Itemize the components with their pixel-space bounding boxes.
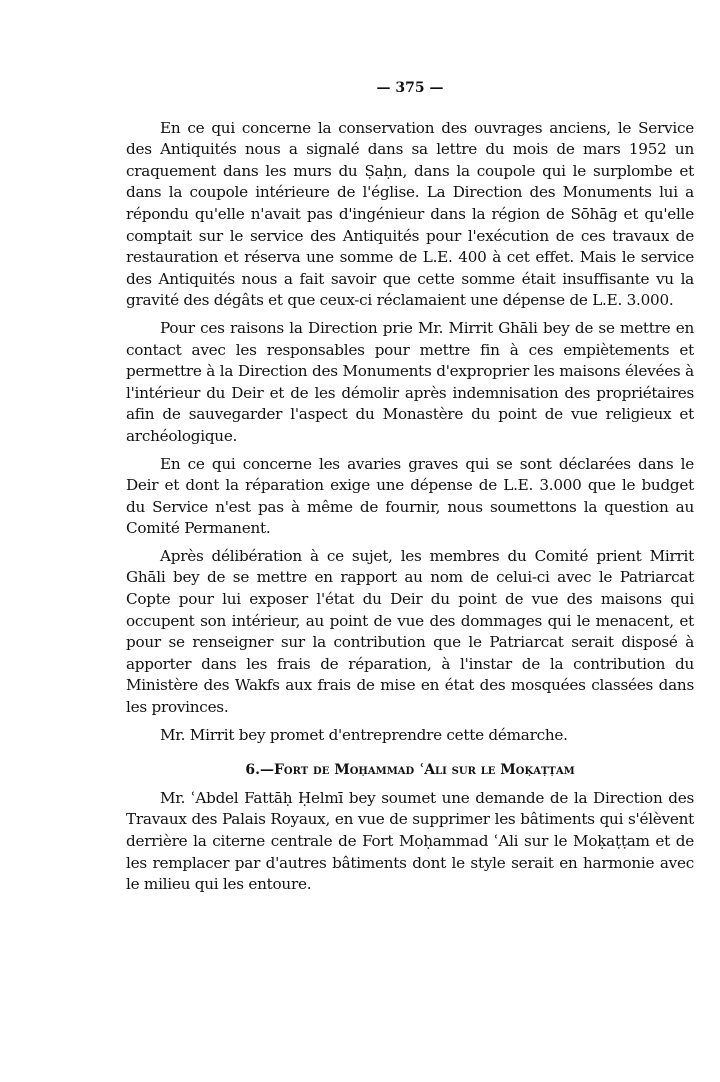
paragraph-damages: En ce qui concerne les avaries graves qu… — [126, 454, 694, 540]
document-page: — 375 — En ce qui concerne la conservati… — [126, 78, 694, 902]
section-heading: 6.—Fort de Moḥammad ʿAli sur le Moḳaṭṭam — [126, 760, 694, 782]
paragraph-conservation: En ce qui concerne la conservation des o… — [126, 118, 694, 312]
paragraph-mirrit-promise: Mr. Mirrit bey promet d'entreprendre cet… — [126, 725, 694, 747]
paragraph-direction-request: Pour ces raisons la Direction prie Mr. M… — [126, 318, 694, 448]
page-number: — 375 — — [126, 78, 694, 100]
paragraph-deliberation: Après délibération à ce sujet, les membr… — [126, 546, 694, 719]
paragraph-fort-request: Mr. ʿAbdel Fattāḥ Ḥelmī bey soumet une d… — [126, 788, 694, 896]
